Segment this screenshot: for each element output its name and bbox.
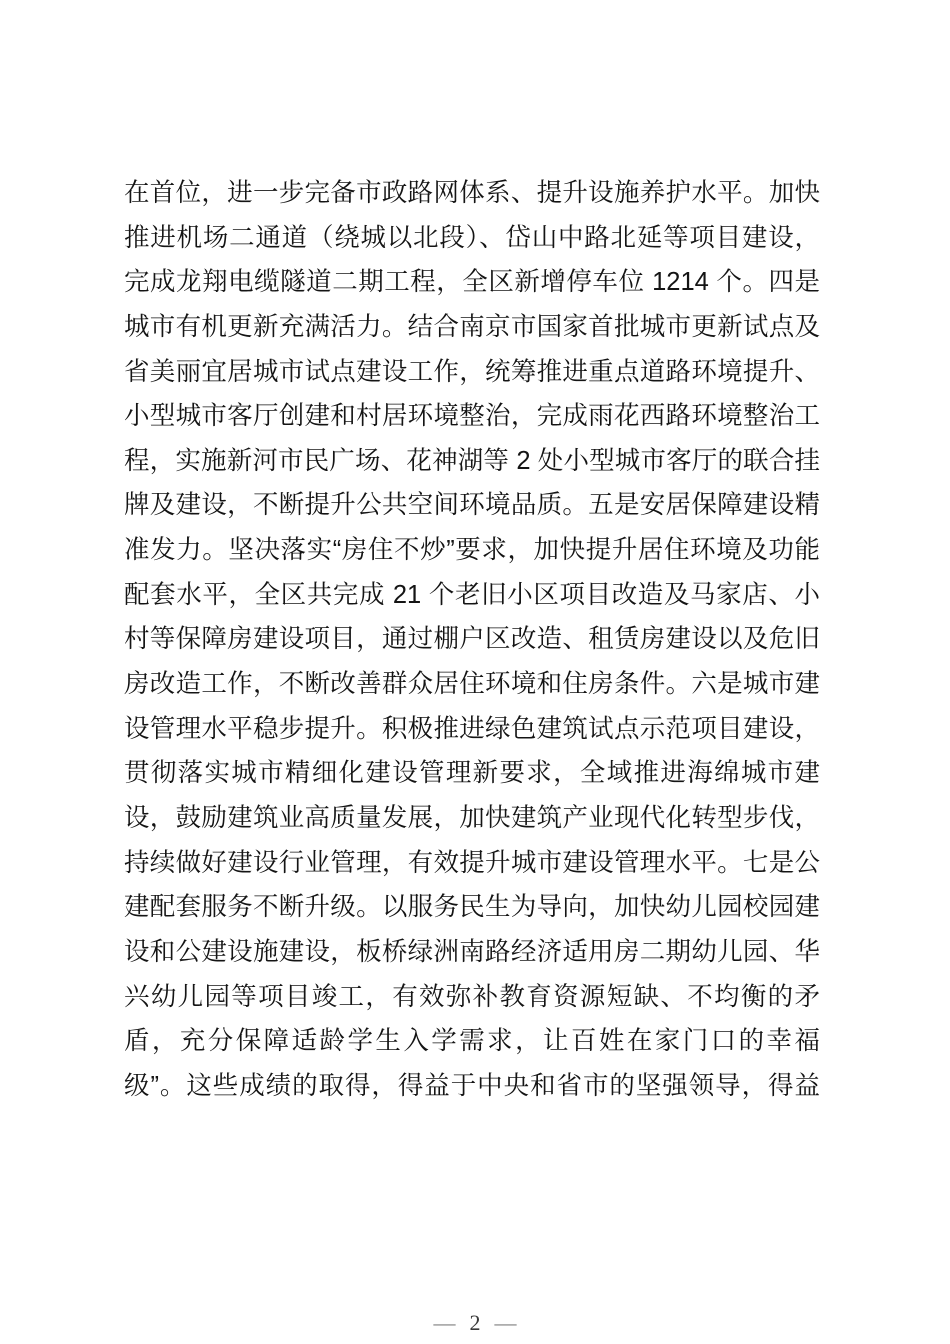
page-footer: — 2 — bbox=[0, 1308, 950, 1338]
text-line: 程，实施新河市民广场、花神湖等 2 处小型城市客厅的联合挂 bbox=[124, 439, 820, 484]
text-line: 准发力。坚决落实“房住不炒”要求，加快提升居住环境及功能 bbox=[124, 528, 820, 573]
text-line: 兴幼儿园等项目竣工，有效弥补教育资源短缺、不均衡的矛 bbox=[124, 975, 820, 1020]
text-line: 建配套服务不断升级。以服务民生为导向，加快幼儿园校园建 bbox=[124, 885, 820, 930]
text-line: 设，鼓励建筑业高质量发展，加快建筑产业现代化转型步伐， bbox=[124, 796, 820, 841]
page-number: 2 bbox=[470, 1308, 481, 1338]
text-line: 设和公建设施建设，板桥绿洲南路经济适用房二期幼儿园、华 bbox=[124, 930, 820, 975]
footer-dash-left: — bbox=[434, 1308, 456, 1338]
text-line: 房改造工作，不断改善群众居住环境和住房条件。六是城市建 bbox=[124, 662, 820, 707]
text-line: 完成龙翔电缆隧道二期工程，全区新增停车位 1214 个。四是 bbox=[124, 260, 820, 305]
body-text: 在首位，进一步完备市政路网体系、提升设施养护水平。加快推进机场二通道（绕城以北段… bbox=[124, 171, 820, 1108]
text-line: 小型城市客厅创建和村居环境整治，完成雨花西路环境整治工 bbox=[124, 394, 820, 439]
text-line: 设管理水平稳步提升。积极推进绿色建筑试点示范项目建设， bbox=[124, 707, 820, 752]
document-page: 在首位，进一步完备市政路网体系、提升设施养护水平。加快推进机场二通道（绕城以北段… bbox=[0, 0, 950, 1344]
text-line: 推进机场二通道（绕城以北段）、岱山中路北延等项目建设， bbox=[124, 216, 820, 261]
text-line: 省美丽宜居城市试点建设工作，统筹推进重点道路环境提升、 bbox=[124, 350, 820, 395]
text-line: 村等保障房建设项目，通过棚户区改造、租赁房建设以及危旧 bbox=[124, 617, 820, 662]
text-line: 级”。这些成绩的取得，得益于中央和省市的坚强领导，得益于 bbox=[124, 1064, 820, 1109]
text-line: 持续做好建设行业管理，有效提升城市建设管理水平。七是公 bbox=[124, 841, 820, 886]
text-line: 牌及建设，不断提升公共空间环境品质。五是安居保障建设精 bbox=[124, 483, 820, 528]
text-line: 配套水平，全区共完成 21 个老旧小区项目改造及马家店、小 bbox=[124, 573, 820, 618]
text-line: 贯彻落实城市精细化建设管理新要求，全域推进海绵城市建 bbox=[124, 751, 820, 796]
text-line: 盾，充分保障适龄学生入学需求，让百姓在家门口的幸福再“升 bbox=[124, 1019, 820, 1064]
text-line: 在首位，进一步完备市政路网体系、提升设施养护水平。加快 bbox=[124, 171, 820, 216]
footer-dash-right: — bbox=[495, 1308, 517, 1338]
text-line: 城市有机更新充满活力。结合南京市国家首批城市更新试点及 bbox=[124, 305, 820, 350]
